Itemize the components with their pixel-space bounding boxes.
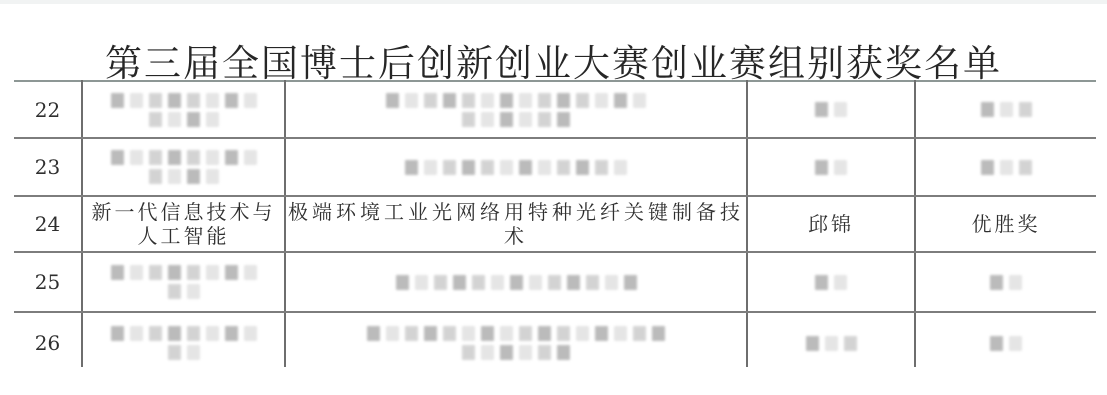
obscured-glyph bbox=[990, 275, 1003, 290]
project-cell-obscured bbox=[285, 138, 747, 196]
obscured-glyph bbox=[557, 345, 570, 360]
obscured-glyph bbox=[652, 326, 665, 341]
obscured-glyph bbox=[187, 265, 200, 280]
table-row: 24 新一代信息技术与 人工智能 极端环境工业光网络用特种光纤关键制备技 术 邱… bbox=[14, 196, 1096, 252]
obscured-glyph bbox=[206, 265, 219, 280]
obscured-text-line bbox=[916, 160, 1096, 175]
obscured-glyph bbox=[130, 265, 143, 280]
obscured-glyph bbox=[834, 275, 847, 290]
row-number: 23 bbox=[14, 138, 82, 196]
obscured-glyph bbox=[367, 326, 380, 341]
obscured-glyph bbox=[206, 112, 219, 127]
obscured-glyph bbox=[815, 160, 828, 175]
obscured-glyph bbox=[990, 336, 1003, 351]
obscured-glyph bbox=[244, 150, 257, 165]
obscured-text-line bbox=[748, 160, 914, 175]
award-cell-obscured bbox=[915, 138, 1096, 196]
obscured-glyph bbox=[443, 160, 456, 175]
obscured-glyph bbox=[149, 150, 162, 165]
obscured-text-line bbox=[286, 275, 746, 290]
obscured-glyph bbox=[396, 275, 409, 290]
track-cell: 新一代信息技术与 人工智能 bbox=[82, 196, 285, 252]
obscured-text-line bbox=[916, 336, 1096, 351]
obscured-glyph bbox=[500, 160, 513, 175]
obscured-text-line bbox=[83, 345, 284, 360]
obscured-glyph bbox=[576, 93, 589, 108]
obscured-glyph bbox=[415, 275, 428, 290]
obscured-text-line bbox=[748, 275, 914, 290]
obscured-glyph bbox=[595, 93, 608, 108]
obscured-glyph bbox=[624, 275, 637, 290]
table-row: 25 bbox=[14, 252, 1096, 312]
obscured-glyph bbox=[434, 275, 447, 290]
obscured-glyph bbox=[462, 160, 475, 175]
obscured-glyph bbox=[519, 326, 532, 341]
obscured-glyph bbox=[481, 160, 494, 175]
obscured-glyph bbox=[806, 336, 819, 351]
obscured-text-line bbox=[83, 93, 284, 108]
obscured-glyph bbox=[510, 275, 523, 290]
obscured-glyph bbox=[481, 326, 494, 341]
obscured-glyph bbox=[443, 93, 456, 108]
obscured-glyph bbox=[576, 160, 589, 175]
obscured-text-line bbox=[286, 345, 746, 360]
obscured-glyph bbox=[567, 275, 580, 290]
obscured-glyph bbox=[1000, 160, 1013, 175]
obscured-glyph bbox=[111, 326, 124, 341]
obscured-glyph bbox=[386, 326, 399, 341]
obscured-glyph bbox=[168, 112, 181, 127]
row-number: 25 bbox=[14, 252, 82, 312]
name-cell-obscured bbox=[747, 252, 915, 312]
obscured-glyph bbox=[225, 150, 238, 165]
obscured-text-line bbox=[83, 265, 284, 280]
obscured-glyph bbox=[481, 112, 494, 127]
obscured-text-line bbox=[286, 326, 746, 341]
obscured-glyph bbox=[576, 326, 589, 341]
obscured-glyph bbox=[472, 275, 485, 290]
name-cell-obscured bbox=[747, 138, 915, 196]
obscured-glyph bbox=[815, 102, 828, 117]
table-row: 23 bbox=[14, 138, 1096, 196]
obscured-glyph bbox=[1019, 102, 1032, 117]
obscured-glyph bbox=[462, 345, 475, 360]
obscured-glyph bbox=[225, 326, 238, 341]
obscured-glyph bbox=[187, 345, 200, 360]
obscured-glyph bbox=[149, 326, 162, 341]
project-cell: 极端环境工业光网络用特种光纤关键制备技 术 bbox=[285, 196, 747, 252]
obscured-glyph bbox=[538, 326, 551, 341]
obscured-glyph bbox=[462, 112, 475, 127]
obscured-glyph bbox=[405, 93, 418, 108]
obscured-glyph bbox=[1019, 160, 1032, 175]
obscured-glyph bbox=[168, 326, 181, 341]
obscured-glyph bbox=[614, 160, 627, 175]
obscured-glyph bbox=[244, 265, 257, 280]
obscured-glyph bbox=[500, 345, 513, 360]
award-cell-obscured bbox=[915, 81, 1096, 138]
name-cell: 邱锦 bbox=[747, 196, 915, 252]
obscured-glyph bbox=[187, 112, 200, 127]
obscured-glyph bbox=[168, 284, 181, 299]
project-cell-obscured bbox=[285, 252, 747, 312]
obscured-glyph bbox=[538, 160, 551, 175]
obscured-glyph bbox=[586, 275, 599, 290]
award-cell-obscured bbox=[915, 312, 1096, 367]
award-table-container: 22 23 24 新一代信息技术与 人工智能 极端环境 bbox=[14, 80, 1096, 367]
obscured-glyph bbox=[453, 275, 466, 290]
obscured-glyph bbox=[130, 326, 143, 341]
obscured-glyph bbox=[595, 160, 608, 175]
row-number: 26 bbox=[14, 312, 82, 367]
obscured-glyph bbox=[405, 326, 418, 341]
obscured-text-line bbox=[916, 102, 1096, 117]
obscured-glyph bbox=[557, 326, 570, 341]
obscured-glyph bbox=[424, 160, 437, 175]
obscured-glyph bbox=[462, 326, 475, 341]
obscured-glyph bbox=[1009, 275, 1022, 290]
obscured-glyph bbox=[462, 93, 475, 108]
row-number: 24 bbox=[14, 196, 82, 252]
obscured-glyph bbox=[500, 112, 513, 127]
obscured-glyph bbox=[519, 345, 532, 360]
obscured-text-line bbox=[916, 275, 1096, 290]
obscured-glyph bbox=[595, 326, 608, 341]
track-cell-obscured bbox=[82, 312, 285, 367]
obscured-glyph bbox=[225, 93, 238, 108]
obscured-text-line bbox=[83, 326, 284, 341]
obscured-glyph bbox=[424, 93, 437, 108]
obscured-glyph bbox=[111, 265, 124, 280]
obscured-glyph bbox=[149, 265, 162, 280]
award-cell: 优胜奖 bbox=[915, 196, 1096, 252]
obscured-glyph bbox=[633, 93, 646, 108]
obscured-glyph bbox=[519, 160, 532, 175]
obscured-glyph bbox=[519, 93, 532, 108]
obscured-glyph bbox=[149, 112, 162, 127]
track-line-1: 新一代信息技术与 bbox=[83, 200, 284, 224]
obscured-text-line bbox=[286, 112, 746, 127]
obscured-glyph bbox=[168, 93, 181, 108]
obscured-text-line bbox=[748, 336, 914, 351]
project-line-2: 术 bbox=[286, 224, 746, 248]
obscured-glyph bbox=[130, 93, 143, 108]
obscured-glyph bbox=[130, 150, 143, 165]
obscured-glyph bbox=[206, 93, 219, 108]
obscured-glyph bbox=[187, 284, 200, 299]
obscured-glyph bbox=[519, 112, 532, 127]
obscured-glyph bbox=[529, 275, 542, 290]
obscured-text-line bbox=[83, 112, 284, 127]
obscured-glyph bbox=[538, 112, 551, 127]
obscured-glyph bbox=[481, 345, 494, 360]
award-table: 22 23 24 新一代信息技术与 人工智能 极端环境 bbox=[14, 80, 1096, 367]
obscured-glyph bbox=[244, 326, 257, 341]
obscured-glyph bbox=[206, 326, 219, 341]
obscured-glyph bbox=[111, 93, 124, 108]
track-cell-obscured bbox=[82, 138, 285, 196]
obscured-glyph bbox=[149, 169, 162, 184]
project-line-1: 极端环境工业光网络用特种光纤关键制备技 bbox=[286, 200, 746, 224]
obscured-glyph bbox=[187, 93, 200, 108]
obscured-glyph bbox=[1000, 102, 1013, 117]
obscured-glyph bbox=[187, 169, 200, 184]
top-edge-strip bbox=[0, 0, 1107, 4]
obscured-glyph bbox=[538, 93, 551, 108]
obscured-glyph bbox=[225, 265, 238, 280]
obscured-glyph bbox=[557, 93, 570, 108]
obscured-glyph bbox=[500, 326, 513, 341]
obscured-text-line bbox=[286, 93, 746, 108]
obscured-text-line bbox=[83, 169, 284, 184]
obscured-glyph bbox=[187, 150, 200, 165]
obscured-glyph bbox=[405, 160, 418, 175]
obscured-glyph bbox=[386, 93, 399, 108]
obscured-glyph bbox=[834, 160, 847, 175]
obscured-glyph bbox=[834, 102, 847, 117]
row-number: 22 bbox=[14, 81, 82, 138]
obscured-glyph bbox=[168, 150, 181, 165]
obscured-text-line bbox=[748, 102, 914, 117]
obscured-glyph bbox=[424, 326, 437, 341]
obscured-text-line bbox=[83, 150, 284, 165]
obscured-glyph bbox=[168, 345, 181, 360]
obscured-glyph bbox=[614, 93, 627, 108]
obscured-glyph bbox=[605, 275, 618, 290]
obscured-glyph bbox=[633, 326, 646, 341]
award-cell-obscured bbox=[915, 252, 1096, 312]
track-cell-obscured bbox=[82, 81, 285, 138]
obscured-glyph bbox=[168, 265, 181, 280]
obscured-glyph bbox=[825, 336, 838, 351]
obscured-glyph bbox=[149, 93, 162, 108]
obscured-glyph bbox=[481, 93, 494, 108]
obscured-glyph bbox=[614, 326, 627, 341]
track-cell-obscured bbox=[82, 252, 285, 312]
project-cell-obscured bbox=[285, 81, 747, 138]
obscured-glyph bbox=[500, 93, 513, 108]
project-cell-obscured bbox=[285, 312, 747, 367]
obscured-glyph bbox=[557, 112, 570, 127]
table-row: 22 bbox=[14, 81, 1096, 138]
obscured-glyph bbox=[443, 326, 456, 341]
obscured-glyph bbox=[244, 93, 257, 108]
obscured-text-line bbox=[83, 284, 284, 299]
obscured-glyph bbox=[206, 169, 219, 184]
obscured-glyph bbox=[538, 345, 551, 360]
obscured-glyph bbox=[206, 150, 219, 165]
track-line-2: 人工智能 bbox=[83, 224, 284, 248]
name-cell-obscured bbox=[747, 81, 915, 138]
table-row: 26 bbox=[14, 312, 1096, 367]
obscured-glyph bbox=[548, 275, 561, 290]
obscured-glyph bbox=[1009, 336, 1022, 351]
obscured-glyph bbox=[981, 160, 994, 175]
obscured-glyph bbox=[815, 275, 828, 290]
obscured-glyph bbox=[168, 169, 181, 184]
obscured-glyph bbox=[557, 160, 570, 175]
obscured-glyph bbox=[187, 326, 200, 341]
name-cell-obscured bbox=[747, 312, 915, 367]
obscured-glyph bbox=[981, 102, 994, 117]
obscured-glyph bbox=[844, 336, 857, 351]
obscured-text-line bbox=[286, 160, 746, 175]
obscured-glyph bbox=[111, 150, 124, 165]
obscured-glyph bbox=[491, 275, 504, 290]
